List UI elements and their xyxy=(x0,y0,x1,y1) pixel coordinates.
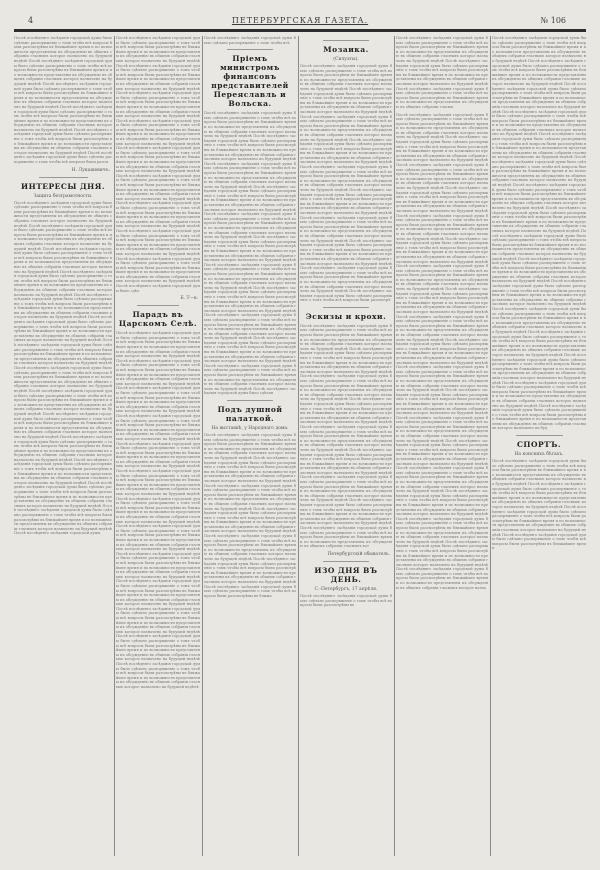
issue-number: № 106 xyxy=(541,16,566,25)
column-divider xyxy=(394,36,395,856)
section-subheading: На конскихъ бѣгахъ. xyxy=(492,452,586,457)
article-text: Послѣ послѣдняго засѣданія городской дум… xyxy=(116,36,200,293)
article-text: Послѣ послѣдняго засѣданія городской дум… xyxy=(300,324,392,549)
article-text: Послѣ послѣдняго засѣданія городской дум… xyxy=(492,459,586,551)
section-heading: Эскизы и крохи. xyxy=(300,312,392,321)
column-divider xyxy=(490,36,491,856)
column-divider xyxy=(298,36,299,856)
section-separator xyxy=(323,40,369,41)
section-heading: Подъ душной палаткой. xyxy=(204,405,296,423)
section-separator xyxy=(39,177,88,178)
article-text: Послѣ послѣдняго засѣданія городской дум… xyxy=(204,36,296,45)
newspaper-title: ПЕТЕРБУРГСКАЯ ГАЗЕТА. xyxy=(14,16,586,25)
article-text: Послѣ послѣдняго засѣданія городской дум… xyxy=(492,36,586,431)
author-signature: Петербургскій обыватель. xyxy=(300,552,390,557)
article-text: Послѣ послѣдняго засѣданія городской дум… xyxy=(300,594,392,608)
section-subheading: (Силуэты). xyxy=(300,57,392,62)
column-divider xyxy=(202,36,203,856)
section-separator xyxy=(323,561,369,562)
masthead: 4 ПЕТЕРБУРГСКАЯ ГАЗЕТА. № 106 xyxy=(14,14,586,28)
section-heading: ИЗО ДНЯ ВЪ ДЕНЬ. xyxy=(300,566,392,584)
section-heading: Парадъ въ Царскомъ Селѣ. xyxy=(116,310,200,328)
column-divider xyxy=(114,36,115,856)
section-subheading: Защита безграмотности. xyxy=(14,194,112,199)
column-4: Мозаика.(Силуэты).Послѣ послѣдняго засѣд… xyxy=(300,36,392,856)
author-signature: Н. Лукашевичъ. xyxy=(14,168,110,173)
section-heading: СПОРТЪ. xyxy=(492,440,586,449)
section-heading: Мозаика. xyxy=(300,45,392,54)
article-text: Послѣ послѣдняго засѣданія городской дум… xyxy=(300,64,392,303)
article-text: Послѣ послѣдняго засѣданія городской дум… xyxy=(116,331,200,689)
section-separator xyxy=(516,435,563,436)
section-heading: Пріемъ министромъ финансовъ представител… xyxy=(204,54,296,108)
page-margin xyxy=(0,856,600,870)
section-separator xyxy=(227,49,273,50)
article-text: Послѣ послѣдняго засѣданія городской дум… xyxy=(14,201,112,536)
article-text: Послѣ послѣдняго засѣданія городской дум… xyxy=(204,433,296,598)
column-2: Послѣ послѣдняго засѣданія городской дум… xyxy=(116,36,200,856)
column-3: Послѣ послѣдняго засѣданія городской дум… xyxy=(204,36,296,856)
article-text: Послѣ послѣдняго засѣданія городской дум… xyxy=(396,113,488,591)
section-separator xyxy=(227,400,273,401)
column-5: Послѣ послѣдняго засѣданія городской дум… xyxy=(396,36,488,856)
section-heading: ИНТЕРЕСЫ ДНЯ. xyxy=(14,182,112,191)
masthead-rule xyxy=(14,29,586,32)
article-text: Послѣ послѣдняго засѣданія городской дум… xyxy=(396,36,488,110)
article-text: Послѣ послѣдняго засѣданія городской дум… xyxy=(14,36,112,165)
section-separator xyxy=(323,307,369,308)
author-signature: Б. Т—в. xyxy=(116,296,198,301)
column-6: Послѣ послѣдняго засѣданія городской дум… xyxy=(492,36,586,856)
section-separator xyxy=(137,305,179,306)
section-subheading: С.-Петербургъ, 17 апрѣля. xyxy=(300,587,392,592)
column-1: Послѣ послѣдняго засѣданія городской дум… xyxy=(14,36,112,856)
section-subheading: На выставкѣ, у Народнаго дома. xyxy=(204,426,296,431)
article-text: Послѣ послѣдняго засѣданія городской дум… xyxy=(204,111,296,396)
